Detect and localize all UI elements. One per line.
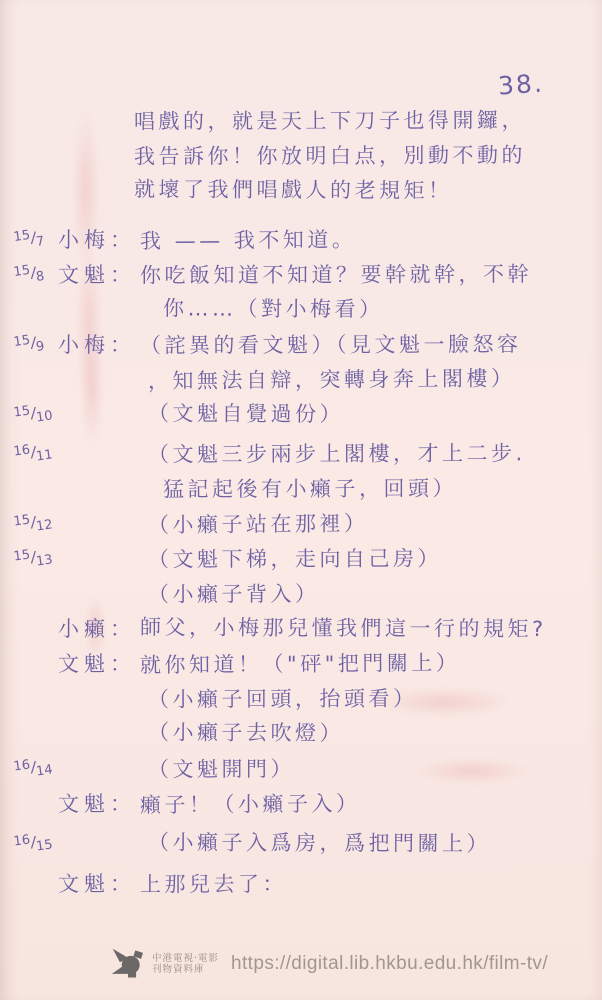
line-text: ，知無法自辯，突轉身奔上閣樓） xyxy=(0,361,602,401)
script-line: 文魁：就你知道！（"砰"把門關上） xyxy=(0,647,602,682)
script-body: 唱戲的，就是天上下刀子也得開鑼，我告訴你！你放明白点，別動不動的就壞了我們唱戲人… xyxy=(0,104,602,902)
script-line: 文魁：上那兒去了： xyxy=(0,867,602,902)
line-text: （小癩子站在那裡） xyxy=(0,505,602,545)
film-camera-icon xyxy=(110,946,146,982)
script-line: 15/8文魁：你吃飯知道不知道？要幹就幹，不幹 xyxy=(0,258,602,293)
library-logo-line1: 中港電視·電影 xyxy=(152,953,219,964)
line-text: 你……（對小梅看） xyxy=(0,291,602,329)
scanned-script-page: 38. 唱戲的，就是天上下刀子也得開鑼，我告訴你！你放明白点，別動不動的就壞了我… xyxy=(0,0,602,1000)
script-line: 小癩：師父，小梅那兒懂我們這一行的規矩? xyxy=(0,612,602,647)
script-line: 文魁：癩子！（小癩子入） xyxy=(0,787,602,822)
script-line: （小癩子去吹燈） xyxy=(0,717,602,752)
line-text: 癩子！（小癩子入） xyxy=(0,785,602,825)
script-line: 15/10（文魁自覺過份） xyxy=(0,398,602,433)
line-text: （小癩子去吹燈） xyxy=(0,715,602,753)
script-line: （小癩子回頭，抬頭看） xyxy=(0,682,602,717)
line-text: （文魁開門） xyxy=(0,751,602,788)
line-text: （小癩子入爲房，爲把門關上） xyxy=(0,825,602,863)
footer-url: https://digital.lib.hkbu.edu.hk/film-tv/ xyxy=(231,953,548,975)
script-line: 15/9小梅：（詫異的看文魁）（見文魁一臉怒容 xyxy=(0,328,602,363)
line-text: （小癩子回頭，抬頭看） xyxy=(0,681,602,718)
script-line: 16/11（文魁三步兩步上閣樓，才上二步. xyxy=(0,437,602,472)
script-line: 我告訴你！你放明白点，別動不動的 xyxy=(0,139,602,174)
line-text: 我告訴你！你放明白点，別動不動的 xyxy=(0,138,602,175)
line-text: 猛記起後有小癩子，回頭） xyxy=(0,471,602,508)
watermark-footer: 中港電視·電影 刊物資料庫 https://digital.lib.hkbu.e… xyxy=(110,946,548,982)
line-text: （小癩子背入） xyxy=(0,576,602,613)
line-text: （文魁自覺過份） xyxy=(0,396,602,434)
line-text: 上那兒去了： xyxy=(0,866,602,903)
line-text: 就你知道！（"砰"把門關上） xyxy=(0,645,602,685)
script-line: 你……（對小梅看） xyxy=(0,293,602,328)
script-line: ，知無法自辯，突轉身奔上閣樓） xyxy=(0,363,602,398)
library-logo-line2: 刊物資料庫 xyxy=(152,964,219,975)
script-line: 唱戲的，就是天上下刀子也得開鑼， xyxy=(0,104,602,139)
script-line: 16/15（小癩子入爲房，爲把門關上） xyxy=(0,827,602,862)
script-line: 15/13（文魁下梯，走向自己房） xyxy=(0,542,602,577)
script-line: 15/7小梅：我 —— 我不知道。 xyxy=(0,223,602,258)
line-text: （文魁三步兩步上閣樓，才上二步. xyxy=(0,436,602,473)
line-text: （文魁下梯，走向自己房） xyxy=(0,541,602,578)
line-text: 你吃飯知道不知道？要幹就幹，不幹 xyxy=(0,257,602,294)
script-line: 猛記起後有小癩子，回頭） xyxy=(0,472,602,507)
script-line: 15/12（小癩子站在那裡） xyxy=(0,507,602,542)
page-number: 38. xyxy=(497,68,545,100)
line-text: （詫異的看文魁）（見文魁一臉怒容 xyxy=(0,327,602,364)
line-text: 師父，小梅那兒懂我們這一行的規矩? xyxy=(0,610,602,648)
line-text: 就壞了我們唱戲人的老規矩！ xyxy=(0,172,602,210)
library-logo-text: 中港電視·電影 刊物資料庫 xyxy=(152,953,219,975)
script-line: 就壞了我們唱戲人的老規矩！ xyxy=(0,174,602,209)
script-line: 16/14（文魁開門） xyxy=(0,752,602,787)
line-text: 唱戲的，就是天上下刀子也得開鑼， xyxy=(0,103,602,140)
line-text: 我 —— 我不知道。 xyxy=(0,221,602,261)
script-line: （小癩子背入） xyxy=(0,577,602,612)
